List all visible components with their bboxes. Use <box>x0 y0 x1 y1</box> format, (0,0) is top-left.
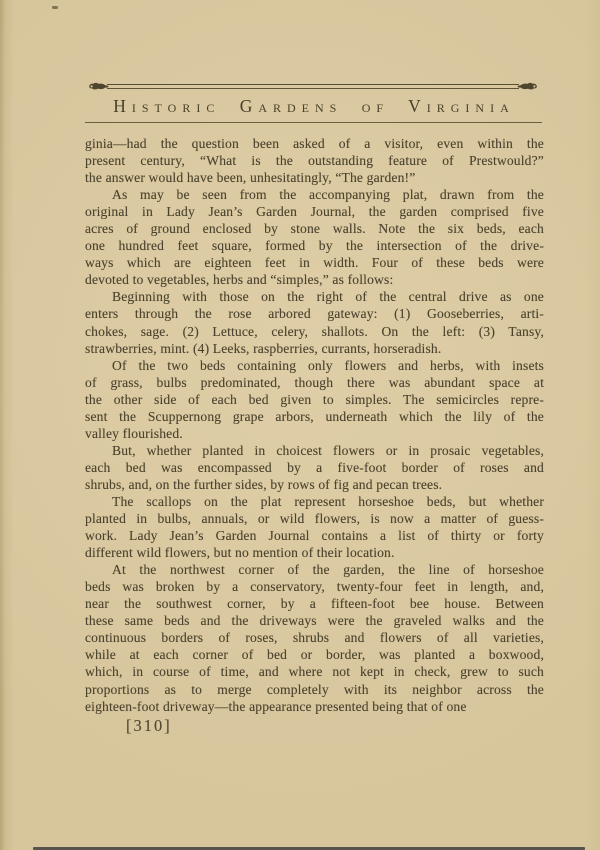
scroll-ornament-icon <box>517 82 538 91</box>
page-number: [310] <box>126 716 172 736</box>
running-header-title: Historic Gardens of Virginia <box>85 97 543 115</box>
book-page: Historic Gardens of Virginia ginia—had t… <box>0 0 600 850</box>
text-line: each bed was encompassed by a five-foot … <box>85 459 544 476</box>
paragraph: At the northwest corner of the garden, t… <box>85 561 544 714</box>
text-line: of grass, bulbs predominated, though the… <box>85 374 544 391</box>
text-line: the answer would have been, unhesitating… <box>85 169 544 186</box>
text-line: Beginning with those on the right of the… <box>85 288 544 305</box>
text-line: enters through the rose arbored gateway:… <box>85 305 544 322</box>
text-line: But, whether planted in choicest flowers… <box>85 442 544 459</box>
ink-speck <box>52 6 58 9</box>
text-line: work. Lady Jean’s Garden Journal contain… <box>85 527 544 544</box>
text-line: while at each corner of bed or border, w… <box>85 646 544 663</box>
text-line: strawberries, mint. (4) Leeks, raspberri… <box>85 340 544 357</box>
paragraph: As may be seen from the accompanying pla… <box>85 186 544 288</box>
paragraph: But, whether planted in choicest flowers… <box>85 442 544 493</box>
text-line: which, in course of time, and where not … <box>85 663 544 680</box>
scroll-ornament-icon <box>88 82 109 91</box>
paragraph: Beginning with those on the right of the… <box>85 288 544 356</box>
text-line: eighteen-foot driveway—the appearance pr… <box>85 698 544 715</box>
text-line: devoted to vegetables, herbs and “simple… <box>85 271 544 288</box>
text-line: the other side of each bed given to simp… <box>85 391 544 408</box>
text-line: present century, “What is the outstandin… <box>85 152 544 169</box>
text-line: sent the Scuppernong grape arbors, under… <box>85 408 544 425</box>
text-line: ways which are eighteen feet in width. F… <box>85 254 544 271</box>
paragraph: The scallops on the plat represent horse… <box>85 493 544 561</box>
text-line: continuous borders of roses, shrubs and … <box>85 629 544 646</box>
text-line: valley flourished. <box>85 425 544 442</box>
text-line: The scallops on the plat represent horse… <box>85 493 544 510</box>
header-rule <box>85 122 542 123</box>
double-rule <box>107 84 519 89</box>
text-line: At the northwest corner of the garden, t… <box>85 561 544 578</box>
text-line: ginia—had the question been asked of a v… <box>85 135 544 152</box>
text-line: proportions as to merge completely with … <box>85 681 544 698</box>
text-line: beds was broken by a conservatory, twent… <box>85 578 544 595</box>
text-line: these same beds and the driveways were t… <box>85 612 544 629</box>
text-line: planted in bulbs, annuals, or wild flowe… <box>85 510 544 527</box>
text-line: acres of ground enclosed by stone walls.… <box>85 220 544 237</box>
text-line: one hundred feet square, formed by the i… <box>85 237 544 254</box>
text-line: original in Lady Jean’s Garden Journal, … <box>85 203 544 220</box>
text-line: different wild flowers, but no mention o… <box>85 544 544 561</box>
text-line: As may be seen from the accompanying pla… <box>85 186 544 203</box>
text-line: chokes, sage. (2) Lettuce, celery, shall… <box>85 323 544 340</box>
text-line: shrubs, and, on the further sides, by ro… <box>85 476 544 493</box>
text-line: Of the two beds containing only flowers … <box>85 357 544 374</box>
text-block: ginia—had the question been asked of a v… <box>85 135 544 715</box>
paragraph: ginia—had the question been asked of a v… <box>85 135 544 186</box>
paragraph: Of the two beds containing only flowers … <box>85 357 544 442</box>
text-line: near the southwest corner, by a fifteen-… <box>85 595 544 612</box>
header-ornament-rule <box>88 81 538 91</box>
